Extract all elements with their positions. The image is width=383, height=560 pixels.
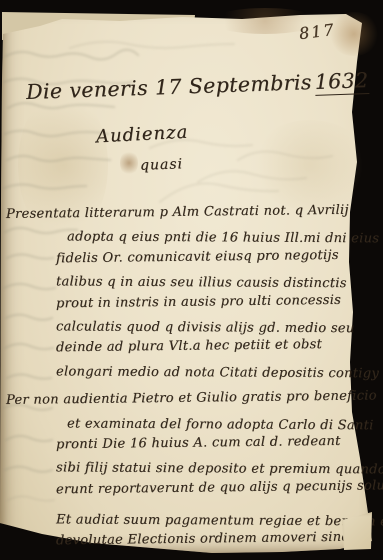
manuscript-line-text: pronti Die 16 huius A. cum cal d. redean… [56, 434, 341, 452]
manuscript-line-text: deinde ad plura Vlt.a hec petiit et obst [56, 337, 322, 355]
manuscript-line: pronti Die 16 huius A. cum cal d. redean… [0, 430, 383, 457]
manuscript-line: fidelis Or. comunicavit eiusq pro negoti… [0, 244, 383, 271]
manuscript-line-text: erunt reportaverunt de quo alijs q pecun… [56, 478, 383, 497]
manuscript-line-text: devolutae Electionis ordinem amoveri sin… [56, 530, 350, 549]
manuscript-line-text: talibus q in aius seu illius causis dist… [56, 275, 347, 292]
heading-year: 1632 [314, 68, 369, 96]
manuscript-line: erunt reportaverunt de quo alijs q pecun… [0, 475, 383, 502]
manuscript-line: Presentata litterarum p Alm Castrati not… [0, 199, 383, 226]
manuscript-line: deinde ad plura Vlt.a hec petiit et obst [0, 334, 383, 361]
manuscript-line-text: prout in instris in ausis pro ulti conce… [56, 292, 341, 310]
manuscript-line-text: fidelis Or. comunicavit eiusq pro negoti… [56, 248, 339, 266]
manuscript-photo: 817 Die veneris 17 Septembris1632 Audien… [0, 0, 383, 560]
manuscript-line: Per non audientia Pietro et Giulio grati… [0, 385, 383, 412]
manuscript-line-text: elongari medio ad nota Citati depositis … [56, 364, 379, 381]
subtitle-note: quasi [140, 156, 184, 173]
manuscript-line-text: Per non audientia Pietro et Giulio grati… [6, 389, 377, 409]
manuscript-line-text: Presentata litterarum p Alm Castrati not… [6, 203, 349, 222]
manuscript-body: Presentata litterarum p Alm Castrati not… [0, 204, 383, 554]
manuscript-line: elongari medio ad nota Citati depositis … [0, 361, 383, 386]
manuscript-line: prout in instris in ausis pro ulti conce… [0, 289, 383, 316]
manuscript-line: devolutae Electionis ordinem amoveri sin… [0, 527, 383, 554]
